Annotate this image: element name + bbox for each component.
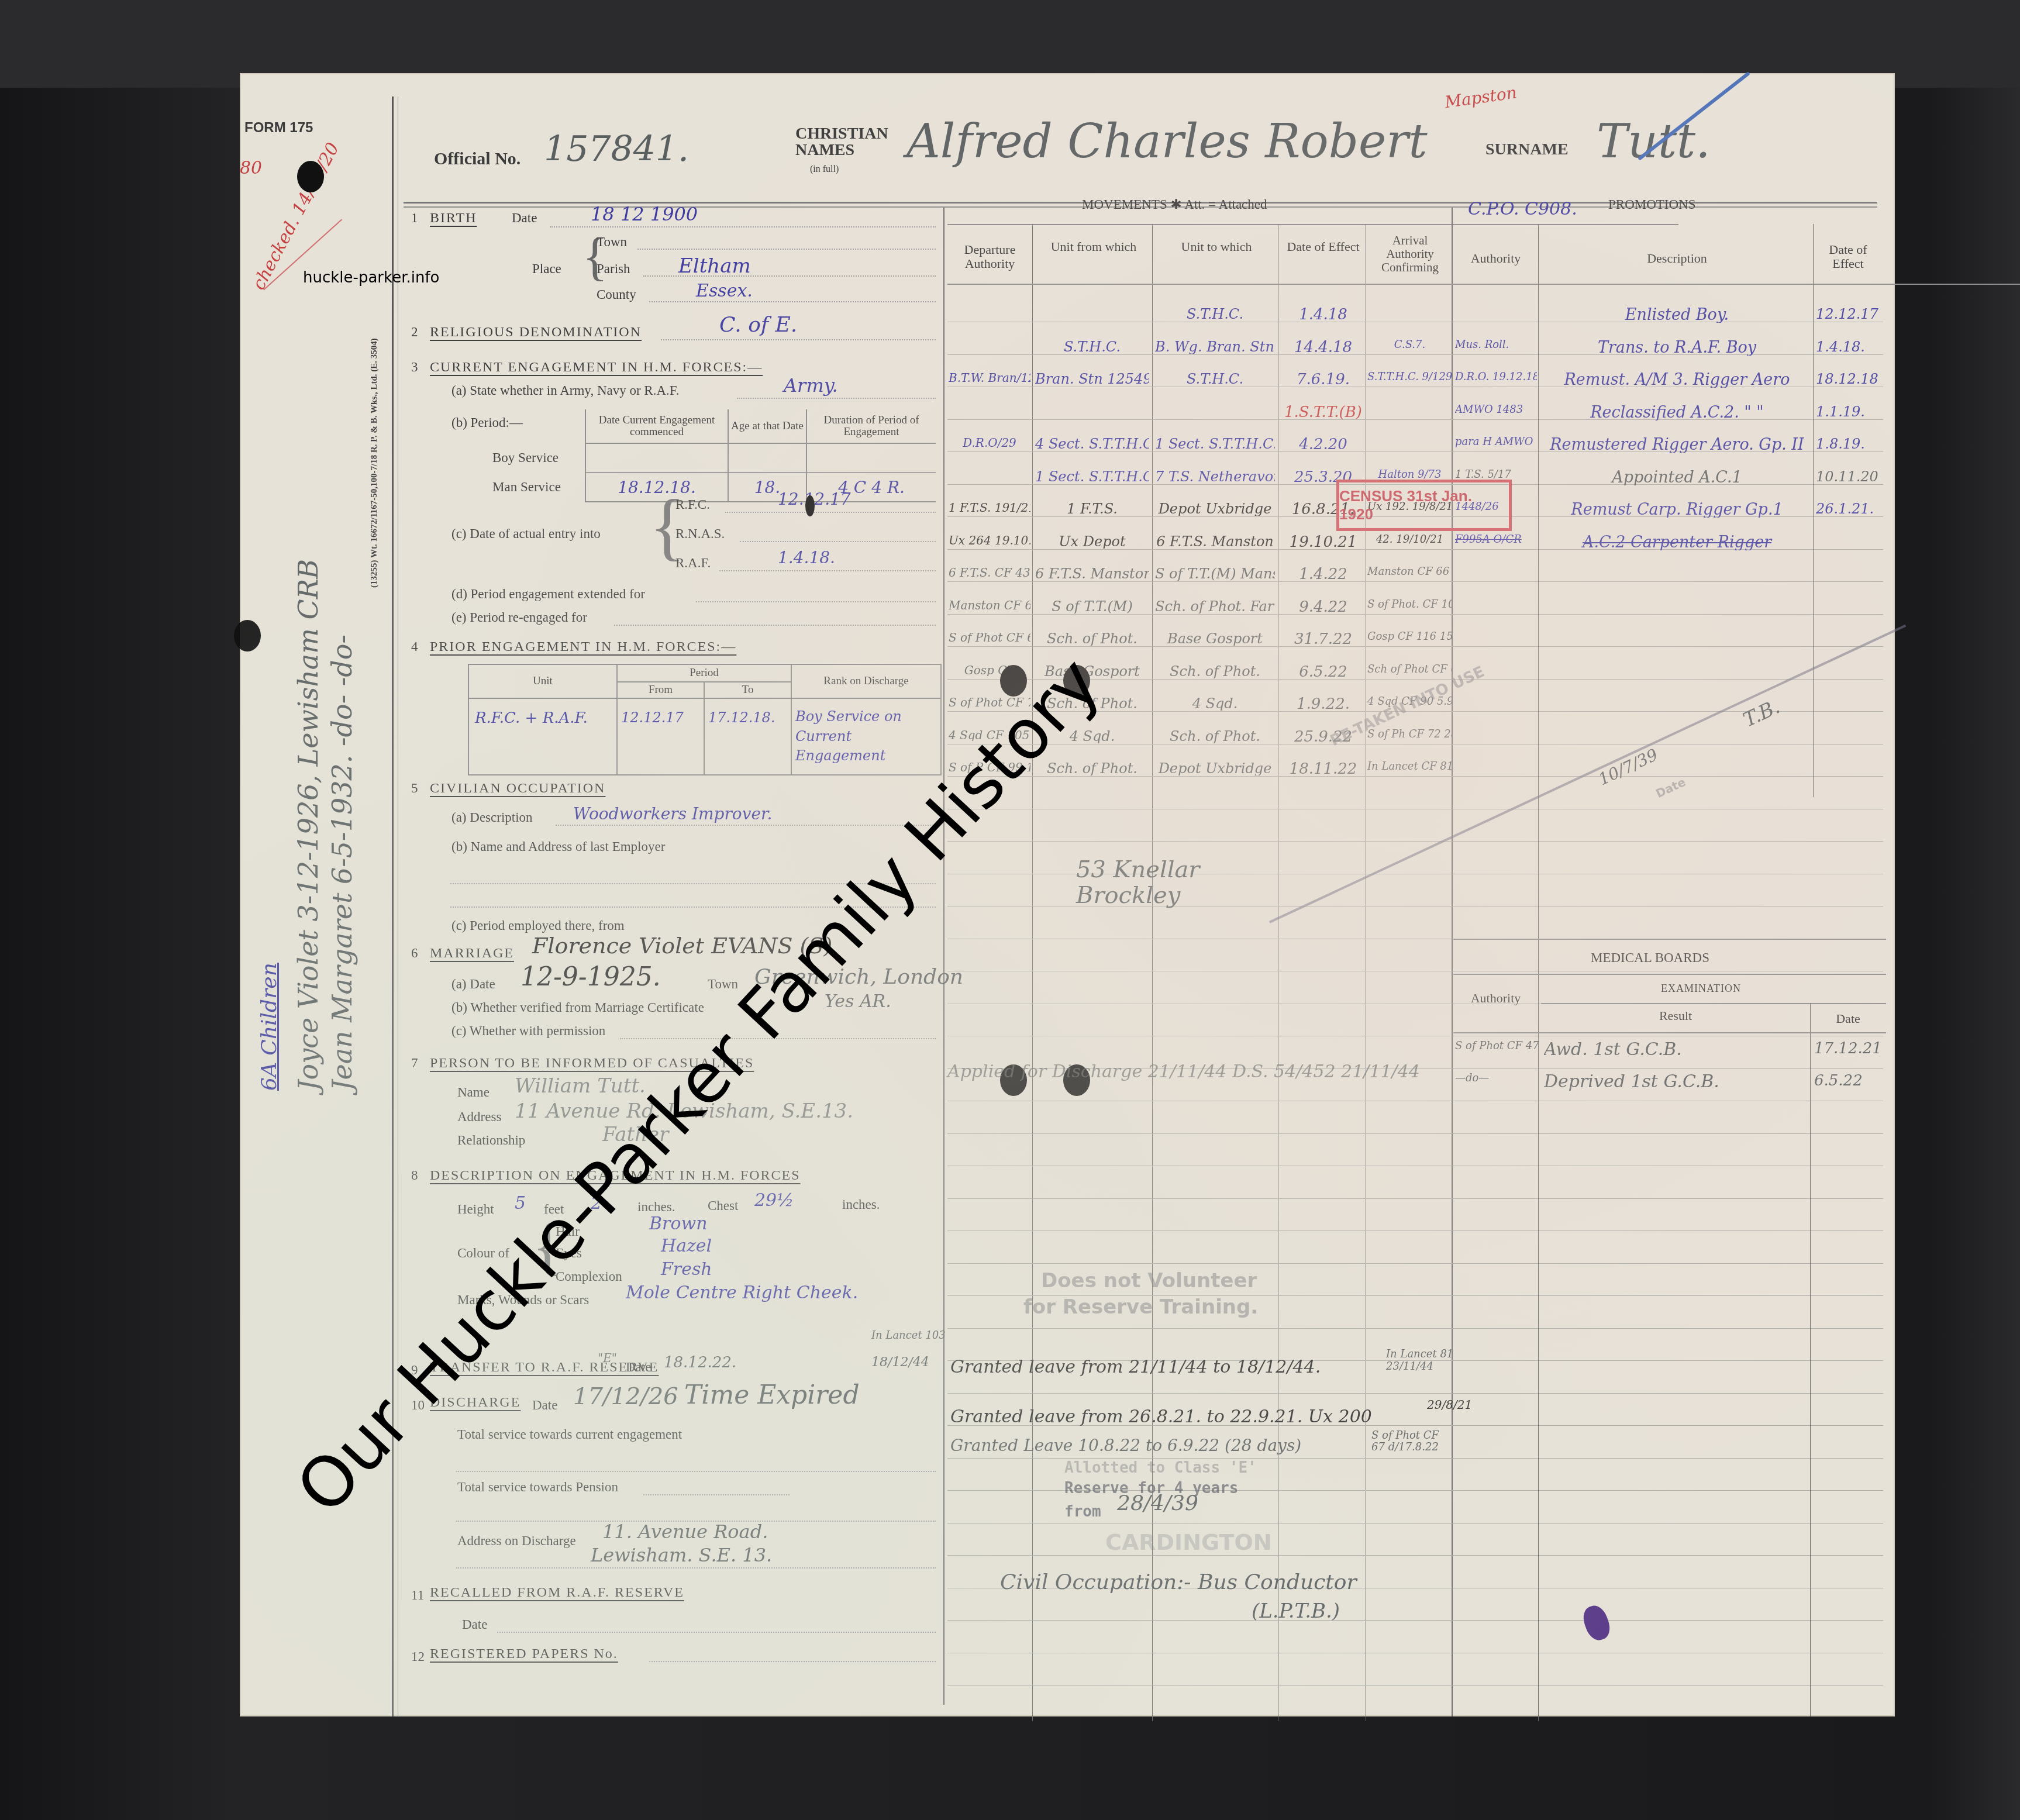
medical-title: MEDICAL BOARDS	[1591, 950, 1709, 966]
registered-papers-title: REGISTERED PAPERS No.	[430, 1646, 618, 1662]
leave-note-3: Granted Leave 10.8.22 to 6.9.22 (28 days…	[950, 1436, 1301, 1455]
volunteer-stamp-line-1: Does not Volunteer	[1041, 1269, 1257, 1292]
dotted-line	[614, 625, 936, 626]
ruled-line	[947, 1523, 1883, 1523]
birth-date-label: Date	[512, 211, 537, 226]
ruled-line	[947, 646, 1883, 647]
promotion-auth: D.R.O. 19.12.18	[1455, 372, 1537, 382]
section-number: 8	[411, 1168, 418, 1183]
promotion-desc: Reclassified A.C.2. " "	[1544, 405, 1810, 420]
section-number: 4	[411, 639, 418, 654]
dotted-line	[661, 339, 936, 340]
actual-entry-label: (c) Date of actual entry into	[451, 526, 601, 542]
movement-to: 6 F.T.S. Manston	[1155, 535, 1275, 549]
ruled-line	[947, 841, 1883, 842]
period-employed-label: (c) Period employed there, from	[451, 918, 625, 933]
col-line	[1032, 224, 1033, 1721]
verified-label: (b) Whether verified from Marriage Certi…	[451, 1000, 704, 1015]
movements-rule	[947, 224, 1678, 225]
retaken-date-label: Date	[1653, 775, 1687, 801]
birth-title: BIRTH	[430, 211, 477, 226]
ruled-line	[947, 1198, 1883, 1199]
punch-hole	[234, 620, 261, 652]
promotion-date: 1.8.19.	[1816, 437, 1883, 451]
engagement-period-table: Date Current Engagement commenced Age at…	[585, 409, 936, 502]
movement-date: 6.5.22	[1281, 664, 1366, 680]
dotted-line	[637, 249, 936, 250]
brockley-note: 53 Knellar Brockley	[1076, 857, 1310, 908]
medical-auth: S of Phot CF 47 26.5.22	[1455, 1041, 1540, 1052]
dotted-line	[643, 1494, 790, 1495]
printer-imprint: (13255) Wt. 16672/1167-50,100-7/18 R. P.…	[370, 338, 380, 588]
movement-from: 1 Sect. S.T.T.H.C.	[1035, 470, 1149, 484]
movement-date: 1.9.22.	[1281, 697, 1366, 712]
movement-arr: S of Ph CF 72 28.9.22	[1367, 729, 1452, 740]
movement-arr: C.S.7.	[1367, 340, 1452, 350]
leave-note-3-ref: S of Phot CF 67 d/17.8.22	[1371, 1430, 1453, 1453]
volunteer-stamp-line-2: for Reserve Training.	[1023, 1295, 1258, 1319]
col-header: To	[704, 682, 791, 698]
col-header: Duration of Period of Engagement	[806, 409, 936, 443]
margin-red-note: 80	[240, 158, 262, 178]
discharge-date: 17/12/26	[573, 1383, 678, 1410]
name-annotation: Mapston	[1443, 83, 1518, 112]
ruled-line	[947, 1230, 1883, 1231]
ruled-line	[947, 1166, 1883, 1166]
official-no-label: Official No.	[434, 149, 520, 169]
cardington-stamp: CARDINGTON	[1105, 1529, 1272, 1555]
prior-unit: R.F.C. + R.A.F.	[468, 698, 617, 775]
movement-arr: Sch of Phot CF 69 22.5.22	[1367, 664, 1452, 675]
surname-value: Tutt.	[1597, 114, 1711, 168]
dotted-line	[649, 1661, 936, 1662]
eyes-value: Hazel	[661, 1236, 712, 1256]
medical-result: Awd. 1st G.C.B.	[1544, 1041, 1807, 1059]
col-header-medical-result: Result	[1541, 1009, 1810, 1023]
movement-arr: S.T.T.H.C. 9/129	[1367, 372, 1452, 382]
service-branch-value: Army.	[784, 374, 838, 397]
margin-divider	[392, 96, 394, 1716]
margin-child-1: Joyce Violet 3-12-1926, Lewisham CRB	[292, 559, 324, 1091]
dotted-line	[556, 825, 936, 826]
nok-name-label: Name	[457, 1085, 490, 1100]
movement-date: 7.6.19.	[1281, 372, 1366, 387]
boy-service-label: Boy Service	[492, 450, 559, 466]
height-label: Height	[457, 1202, 494, 1217]
movement-to: 1 Sect. S.T.T.H.C.	[1155, 437, 1275, 451]
col-line	[1366, 224, 1366, 1721]
service-record-form: FORM 175 80 checked. 14/11/20 (13255) Wt…	[240, 73, 1895, 1716]
ruled-line	[947, 1328, 1883, 1329]
parish-value: Eltham	[678, 254, 751, 278]
movement-date: 9.4.22	[1281, 599, 1366, 615]
movement-arr: S of Phot. CF 10.4.22	[1367, 599, 1452, 610]
movement-to: 4 Sqd.	[1155, 697, 1275, 711]
col-header: Age at that Date	[728, 409, 806, 443]
ink-stain	[1580, 1602, 1614, 1643]
col-header-promotion-authority: Authority	[1453, 251, 1538, 266]
dotted-line	[550, 226, 936, 227]
marriage-title: MARRIAGE	[430, 946, 514, 961]
col-header-medical-date: Date	[1813, 1012, 1883, 1026]
col-header-promotion-date: Date of Effect	[1816, 243, 1880, 271]
county-value: Essex.	[696, 281, 753, 301]
movement-from: 6 F.T.S. Manston	[1035, 567, 1149, 581]
raf-date: 1.4.18.	[778, 548, 835, 567]
movement-dep: Ux 264 19.10.21	[949, 535, 1030, 546]
promotion-auth: 1448/26	[1455, 502, 1537, 512]
recalled-date-label: Date	[462, 1617, 487, 1632]
movements-title: MOVEMENTS ✱ Att. = Attached	[1082, 197, 1267, 212]
religion-title: RELIGIOUS DENOMINATION	[430, 325, 642, 340]
ruled-line	[947, 744, 1883, 744]
chest-unit: inches.	[842, 1197, 880, 1212]
dotted-line	[719, 570, 936, 571]
dotted-line	[696, 601, 936, 602]
section-number: 5	[411, 781, 418, 796]
movement-arr: 42. 19/10/21	[1367, 535, 1452, 545]
height-feet: 5	[515, 1193, 526, 1214]
col-header-unit-to: Unit to which	[1155, 240, 1278, 254]
promotions-header-note: C.P.O. C908.	[1468, 199, 1577, 219]
rfc-label: R.F.C.	[675, 497, 710, 512]
dotted-line	[649, 301, 936, 302]
ruled-line	[947, 1555, 1883, 1556]
header-base-rule	[947, 284, 2020, 285]
movement-arr: In Lancet CF 81 17.11.44	[1367, 761, 1452, 772]
promotion-auth: 1 T.S. 5/17	[1455, 470, 1537, 480]
movement-date: 18.11.22	[1281, 761, 1366, 777]
col-header: Date Current Engagement commenced	[585, 409, 728, 443]
chest-label: Chest	[708, 1198, 738, 1214]
promotion-auth: AMWO 1483	[1455, 405, 1537, 415]
ruled-line	[947, 1620, 1883, 1621]
movement-date: 1.4.22	[1281, 567, 1366, 582]
total-pension-label: Total service towards Pension	[457, 1480, 618, 1495]
promotion-date: 1.1.19.	[1816, 405, 1883, 419]
ruled-line	[947, 1133, 1883, 1134]
promotion-auth: para H AMWO 917/19	[1455, 437, 1537, 447]
occupation-value: Woodworkers Improver.	[573, 804, 772, 823]
ruled-line	[947, 971, 1883, 971]
leave-note-2: Granted leave from 26.8.21. to 22.9.21. …	[950, 1407, 1372, 1427]
movement-from: Ux Depot	[1035, 535, 1149, 549]
movement-date: 4.2.20	[1281, 437, 1366, 452]
section-number: 2	[411, 325, 418, 340]
section-number: 6	[411, 946, 418, 961]
ruled-line	[947, 1263, 1883, 1264]
promotion-date: 18.12.18	[1816, 372, 1883, 386]
dotted-line	[456, 1471, 936, 1472]
discharge-address-1: 11. Avenue Road.	[602, 1521, 768, 1543]
reengaged-label: (e) Period re-engaged for	[451, 610, 587, 625]
movement-dep: B.T.W. Bran/129	[949, 372, 1030, 384]
complexion-value: Fresh	[661, 1259, 712, 1280]
nok-address-label: Address	[457, 1109, 501, 1125]
recalled-title: RECALLED FROM R.A.F. RESERVE	[430, 1585, 684, 1601]
medical-date: 17.12.21	[1814, 1041, 1884, 1056]
transfer-date: 18.12.22.	[664, 1354, 736, 1371]
movement-date: 31.7.22	[1281, 632, 1366, 647]
col-header-medical-authority: Authority	[1453, 991, 1538, 1005]
col-line	[1538, 224, 1539, 1721]
man-service-label: Man Service	[492, 480, 561, 495]
in-full-label: (in full)	[810, 164, 839, 175]
promotion-date: 10.11.20	[1816, 470, 1883, 484]
medical-auth: —do—	[1455, 1073, 1540, 1084]
dotted-line	[737, 398, 936, 399]
movement-dep: 1 F.T.S. 191/21	[949, 502, 1030, 513]
prior-engagement-table: Unit Period Rank on Discharge From To R.…	[468, 664, 942, 775]
transfer-annotation: In Lancet 103	[871, 1329, 946, 1342]
extended-label: (d) Period engagement extended for	[451, 587, 645, 602]
promotion-auth: Mus. Roll.	[1455, 340, 1537, 350]
movement-to: Sch. of Phot.	[1155, 729, 1275, 743]
parish-label: Parish	[597, 261, 630, 277]
col-line	[1278, 224, 1278, 1721]
prior-from: 12.12.17	[617, 698, 704, 775]
col-header-arrival-authority: Arrival Authority Confirming	[1369, 234, 1452, 274]
medical-sub-rule	[1541, 1003, 1886, 1004]
ink-blot	[805, 495, 815, 516]
ruled-line	[947, 1101, 1883, 1101]
rnas-label: R.N.A.S.	[675, 526, 725, 542]
movement-to: S of T.T.(M) Manston	[1155, 567, 1275, 581]
ruled-line	[947, 614, 1883, 615]
nok-name: William Tutt.	[515, 1074, 646, 1098]
ruled-line	[947, 1685, 1883, 1685]
nok-relationship-label: Relationship	[457, 1133, 525, 1148]
medical-top-rule	[1453, 939, 1886, 940]
discharge-date-label: Date	[532, 1398, 557, 1413]
col-line	[1813, 224, 1814, 797]
ruled-line	[947, 776, 1883, 777]
col-header: From	[617, 682, 704, 698]
site-watermark: huckle-parker.info	[303, 269, 440, 287]
civil-occupation-note: Civil Occupation:- Bus Conductor	[1000, 1570, 1357, 1594]
section-number: 3	[411, 360, 418, 375]
promotion-desc: Appointed A.C.1	[1544, 470, 1810, 485]
movement-from: 1 F.T.S.	[1035, 502, 1149, 516]
prior-to: 17.12.18.	[704, 698, 791, 775]
leave-note-1-ref: In Lancet 81 23/11/44	[1386, 1348, 1456, 1373]
retaken-date: 10/7/39	[1595, 745, 1661, 790]
section-number: 11	[411, 1588, 424, 1603]
section-number: 1	[411, 211, 418, 226]
dotted-line	[725, 512, 936, 513]
marks-value: Mole Centre Right Cheek.	[626, 1283, 858, 1303]
movement-to: Depot Uxbridge	[1155, 502, 1275, 516]
cell	[806, 443, 936, 473]
occupation-label: (a) Description	[451, 810, 533, 825]
promotion-date: 12.12.17	[1816, 307, 1883, 321]
typed-reserve-class: Allotted to Class 'E'	[1064, 1459, 1257, 1477]
typed-from-date: 28/4/39	[1117, 1491, 1198, 1515]
christian-names-label: CHRISTIAN NAMES	[795, 126, 912, 158]
discharge-address-label: Address on Discharge	[457, 1533, 576, 1549]
movement-from: S.T.H.C.	[1035, 340, 1149, 354]
movement-arr: Halton 9/73	[1367, 470, 1452, 480]
examination-label: EXAMINATION	[1661, 983, 1741, 995]
dotted-line	[456, 1567, 936, 1569]
column-divider	[943, 208, 944, 1705]
promotion-desc: Remustered Rigger Aero. Gp. II	[1544, 437, 1810, 453]
movement-to: 7 T.S. Netheravon	[1155, 470, 1275, 484]
birth-date-value: 18 12 1900	[591, 203, 698, 225]
movement-dep: S of Phot CF 69 22.8.22	[949, 632, 1030, 643]
promotions-title: PROMOTIONS	[1608, 197, 1696, 212]
promotion-date: 1.4.18.	[1816, 340, 1883, 354]
town-label: Town	[597, 235, 627, 250]
col-line	[1810, 1003, 1811, 1716]
margin-children-header: 6A Children	[257, 963, 281, 1091]
ruled-line	[947, 581, 1883, 582]
medical-rule	[1453, 974, 1886, 975]
leave-note-2-ref: 29/8/21	[1427, 1398, 1472, 1412]
total-current-label: Total service towards current engagement	[457, 1427, 682, 1442]
punch-hole	[297, 161, 324, 192]
promotion-desc: Remust Carp. Rigger Gp.1	[1544, 502, 1810, 518]
employer-label: (b) Name and Address of last Employer	[451, 839, 665, 854]
movement-to: S.T.H.C.	[1155, 307, 1275, 321]
current-engagement-title: CURRENT ENGAGEMENT IN H.M. FORCES:—	[430, 360, 763, 375]
movement-to: Sch. of Phot. Farnborough	[1155, 599, 1275, 613]
col-header-promotion-description: Description	[1541, 251, 1813, 266]
ruled-line	[947, 1036, 1883, 1036]
ruled-line	[947, 809, 1883, 809]
movement-to: Sch. of Phot.	[1155, 664, 1275, 678]
form-number: FORM 175	[244, 120, 313, 136]
promotion-desc: A.C.2 Carpenter Rigger	[1544, 535, 1810, 550]
prior-engagement-title: PRIOR ENGAGEMENT IN H.M. FORCES:—	[430, 639, 736, 655]
christian-names-value: Alfred Charles Robert	[906, 114, 1428, 168]
movement-date: 1.S.T.T.(B)	[1281, 405, 1366, 420]
prior-rank: Boy Service on Current Engagement	[791, 698, 941, 775]
col-header: Unit	[468, 664, 617, 698]
movement-date: 19.10.21	[1281, 535, 1366, 550]
marriage-date: 12-9-1925.	[520, 962, 661, 992]
ruled-line	[947, 1653, 1883, 1653]
civilian-title: CIVILIAN OCCUPATION	[430, 781, 605, 797]
religion-value: C. of E.	[719, 313, 797, 337]
period-label: (b) Period:—	[451, 415, 523, 430]
transfer-extra-date: 18/12/44	[871, 1355, 929, 1370]
civil-employer-note: (L.P.T.B.)	[1252, 1600, 1340, 1623]
cell	[728, 443, 806, 473]
reserve-class: "E"	[598, 1351, 617, 1365]
discharge-application-note: Applied for Discharge 21/11/44 D.S. 54/4…	[947, 1061, 1420, 1082]
typed-from: from	[1064, 1503, 1101, 1521]
promotion-auth: F995A O/CR	[1455, 535, 1537, 545]
movement-arr: Gosp CF 116 15.5.22	[1367, 632, 1452, 642]
col-header-date-of-effect: Date of Effect	[1281, 240, 1366, 254]
movement-arr: Manston CF 66 5.4.22	[1367, 567, 1452, 577]
promotion-desc: Remust. A/M 3. Rigger Aero	[1544, 372, 1810, 388]
promotion-date: 26.1.21.	[1816, 502, 1883, 516]
official-no-value: 157841.	[544, 129, 689, 170]
movement-date: 14.4.18	[1281, 340, 1366, 355]
cell	[585, 443, 728, 473]
section-number: 7	[411, 1056, 418, 1071]
section-number: 12	[411, 1649, 425, 1664]
leave-note-1: Granted leave from 21/11/44 to 18/12/44.	[950, 1357, 1321, 1377]
col-header: Rank on Discharge	[791, 664, 941, 698]
raf-label: R.A.F.	[675, 556, 711, 571]
place-label: Place	[532, 261, 561, 277]
marriage-date-label: (a) Date	[451, 977, 495, 992]
movement-dep: 6 F.T.S. CF 43 31.3.22	[949, 567, 1030, 578]
movement-to: S.T.H.C.	[1155, 372, 1275, 386]
medical-result: Deprived 1st G.C.B.	[1544, 1073, 1807, 1091]
county-label: County	[597, 287, 636, 302]
discharge-address-2: Lewisham. S.E. 13.	[591, 1544, 772, 1566]
col-header-unit-from: Unit from which	[1035, 240, 1152, 254]
movement-from: 4 Sect. S.T.T.H.C.	[1035, 437, 1149, 451]
hair-value: Brown	[649, 1214, 707, 1234]
ruled-line	[947, 1458, 1883, 1459]
dotted-line	[497, 1632, 936, 1633]
movement-to: Base Gosport	[1155, 632, 1275, 646]
movement-to: Depot Uxbridge	[1155, 761, 1275, 775]
col-header: Period	[617, 664, 791, 682]
movement-dep: D.R.O/29	[949, 437, 1030, 449]
promotion-desc: Enlisted Boy.	[1544, 307, 1810, 323]
movement-dep: Manston CF 69	[949, 599, 1030, 611]
chest-value: 29½	[754, 1190, 794, 1211]
promotion-desc: Trans. to R.A.F. Boy	[1544, 340, 1810, 356]
movement-from: Bran. Stn 125495	[1035, 372, 1149, 386]
dotted-line	[740, 541, 936, 542]
surname-label: SURNAME	[1485, 140, 1569, 159]
medical-date: 6.5.22	[1814, 1073, 1884, 1088]
margin-divider-inner	[398, 96, 398, 1716]
permission-label: (c) Whether with permission	[451, 1023, 605, 1039]
service-branch-label: (a) State whether in Army, Navy or R.A.F…	[451, 383, 680, 398]
medical-header-base	[1453, 1032, 1886, 1033]
margin-child-2: Jean Margaret 6-5-1932. -do- -do-	[326, 635, 358, 1091]
ruled-line	[947, 1393, 1883, 1394]
discharge-reason: Time Expired	[684, 1380, 860, 1410]
movement-date: 1.4.18	[1281, 307, 1366, 322]
movement-from: S of T.T.(M)	[1035, 599, 1149, 613]
movement-to: B. Wg. Bran. Stn.	[1155, 340, 1275, 354]
movement-from: Sch. of Phot.	[1035, 632, 1149, 646]
transfer-date-label: Date	[626, 1360, 651, 1375]
col-header-departure-authority: Departure Authority	[947, 243, 1032, 271]
